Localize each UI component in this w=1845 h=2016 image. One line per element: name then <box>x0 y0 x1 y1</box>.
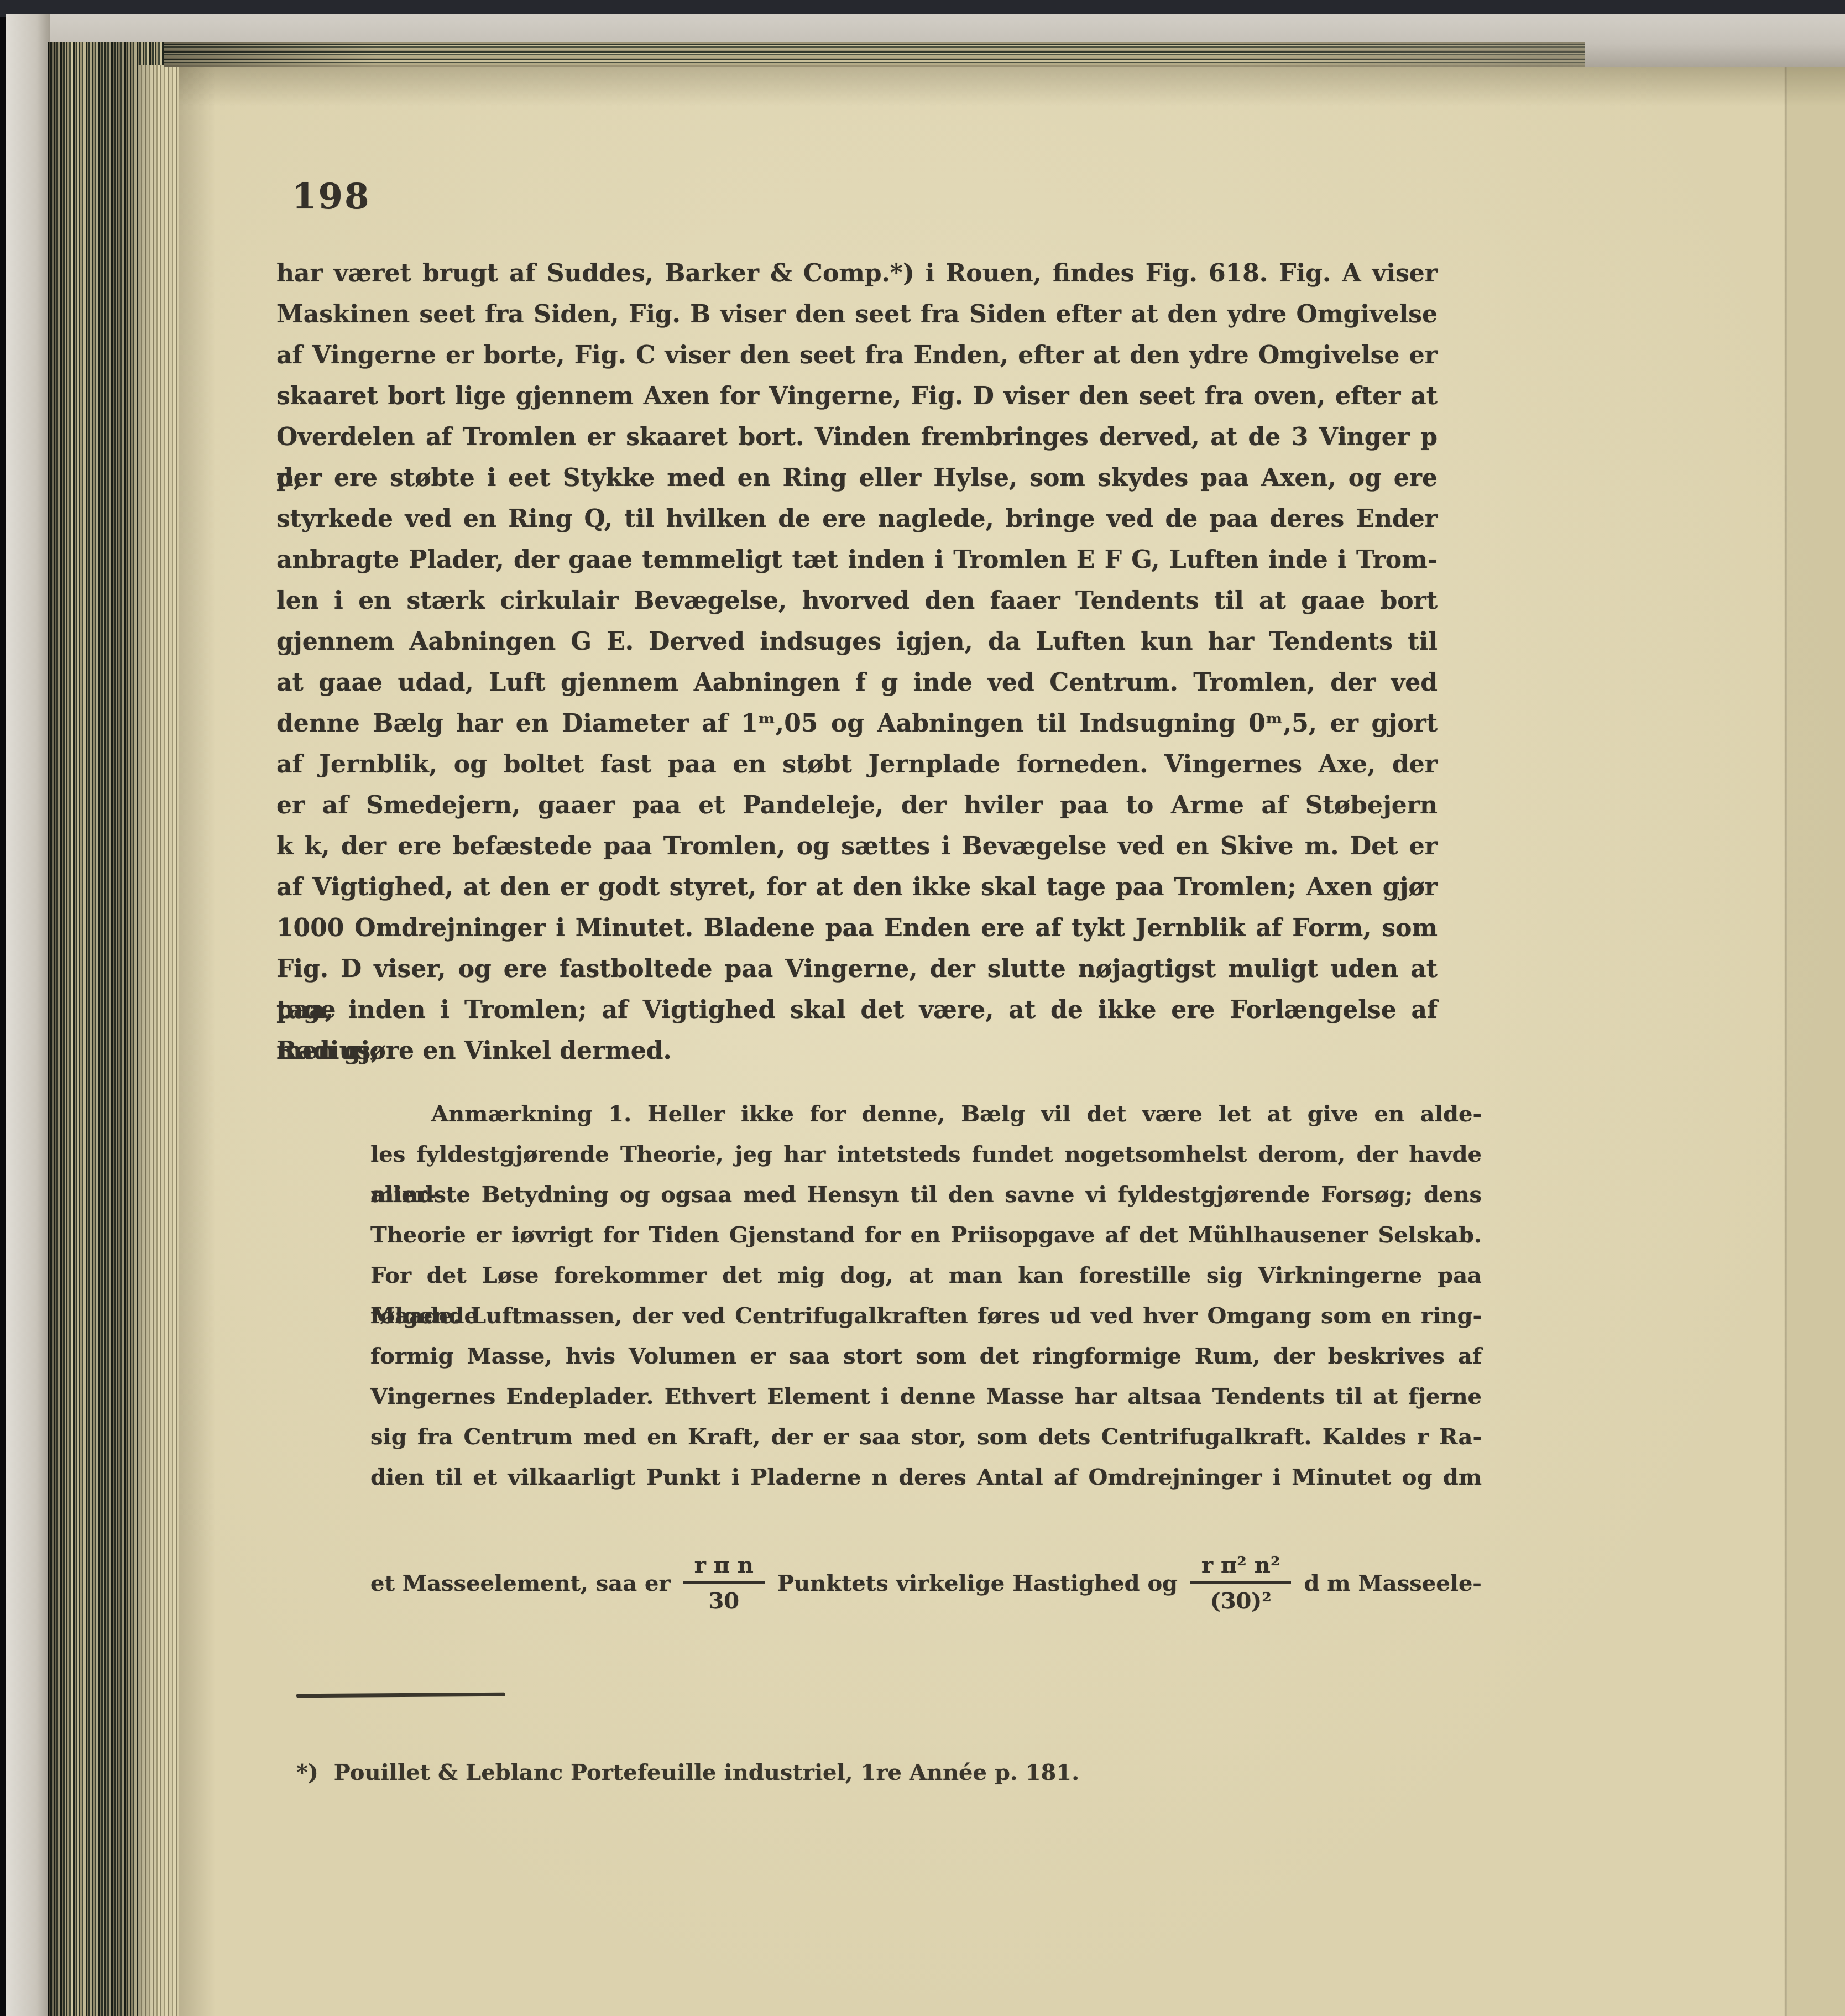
text-line: Anmærkning 1. Heller ikke for denne, Bæl… <box>370 1094 1482 1134</box>
page-crease <box>1784 67 1787 2016</box>
text-line: sig fra Centrum med en Kraft, der er saa… <box>370 1417 1482 1457</box>
formula-text-pre: et Masseelement, saa er <box>370 1570 671 1596</box>
fraction-numerator: r π n <box>683 1554 765 1584</box>
footnote: *)Pouillet & Leblanc Portefeuille indust… <box>296 1759 1513 1785</box>
page-number: 198 <box>292 176 371 217</box>
formula-text-post: d m Masseele- <box>1304 1570 1482 1596</box>
footnote-marker: *) <box>296 1759 318 1785</box>
text-line: skaaret bort lige gjennem Axen for Vinge… <box>276 376 1438 417</box>
text-line: styrkede ved en Ring Q, til hvilken de e… <box>276 499 1438 540</box>
text-line: Vingernes Endeplader. Ethvert Element i … <box>370 1376 1482 1417</box>
text-line: mindste Betydning og ogsaa med Hensyn ti… <box>370 1174 1482 1215</box>
page-right-margin-shade <box>1787 67 1845 2016</box>
book-cover-left-edge <box>6 14 50 2016</box>
text-line: Overdelen af Tromlen er skaaret bort. Vi… <box>276 417 1438 458</box>
scanned-book-photo: 198 har været brugt af Suddes, Barker & … <box>0 0 1845 2016</box>
text-line: anbragte Plader, der gaae temmeligt tæt … <box>276 540 1438 581</box>
text-line: dien til et vilkaarligt Punkt i Pladerne… <box>370 1457 1482 1497</box>
text-line: har været brugt af Suddes, Barker & Comp… <box>276 253 1438 294</box>
text-line: formig Masse, hvis Volumen er saa stort … <box>370 1336 1482 1376</box>
remark-paragraph: Anmærkning 1. Heller ikke for denne, Bæl… <box>370 1094 1482 1497</box>
text-line: af Jernblik, og boltet fast paa en støbt… <box>276 744 1438 785</box>
text-line: Maade. Luftmassen, der ved Centrifugalkr… <box>370 1296 1482 1336</box>
fraction-denominator: (30)² <box>1210 1584 1272 1613</box>
text-line: Maskinen seet fra Siden, Fig. B viser de… <box>276 294 1438 335</box>
footnote-text: Pouillet & Leblanc Portefeuille industri… <box>334 1759 1079 1785</box>
fraction-denominator: 30 <box>708 1584 739 1613</box>
text-line: paa, inden i Tromlen; af Vigtighed skal … <box>276 990 1438 1031</box>
fraction-velocity: r π n 30 <box>683 1554 765 1613</box>
text-line: af Vingerne er borte, Fig. C viser den s… <box>276 335 1438 376</box>
fraction-numerator: r π² n² <box>1190 1554 1291 1584</box>
text-line: er af Smedejern, gaaer paa et Pandeleje,… <box>276 785 1438 826</box>
stacked-page-edges-left <box>48 42 179 2016</box>
text-line: men gjøre en Vinkel dermed. <box>276 1031 1438 1072</box>
text-line: 1000 Omdrejninger i Minutet. Bladene paa… <box>276 908 1438 949</box>
text-line: k k, der ere befæstede paa Tromlen, og s… <box>276 826 1438 867</box>
text-line: For det Løse forekommer det mig dog, at … <box>370 1255 1482 1296</box>
fraction-centrifugal: r π² n² (30)² <box>1190 1554 1291 1613</box>
text-line: Fig. D viser, og ere fastboltede paa Vin… <box>276 949 1438 990</box>
text-line: les fyldestgjørende Theorie, jeg har int… <box>370 1134 1482 1174</box>
text-line: gjennem Aabningen G E. Derved indsuges i… <box>276 621 1438 662</box>
text-line: at gaae udad, Luft gjennem Aabningen f g… <box>276 662 1438 703</box>
text-line: denne Bælg har en Diameter af 1ᵐ,05 og A… <box>276 703 1438 744</box>
body-paragraph: har været brugt af Suddes, Barker & Comp… <box>276 253 1438 1072</box>
text-line: len i en stærk cirkulair Bevægelse, hvor… <box>276 581 1438 621</box>
text-line: af Vigtighed, at den er godt styret, for… <box>276 867 1438 908</box>
stacked-page-edges-top <box>164 42 1585 67</box>
formula-line: et Masseelement, saa er r π n 30 Punktet… <box>370 1519 1482 1647</box>
text-line: Theorie er iøvrigt for Tiden Gjenstand f… <box>370 1215 1482 1255</box>
formula-text-mid: Punktets virkelige Hastighed og <box>777 1570 1178 1596</box>
text-line: der ere støbte i eet Stykke med en Ring … <box>276 458 1438 499</box>
